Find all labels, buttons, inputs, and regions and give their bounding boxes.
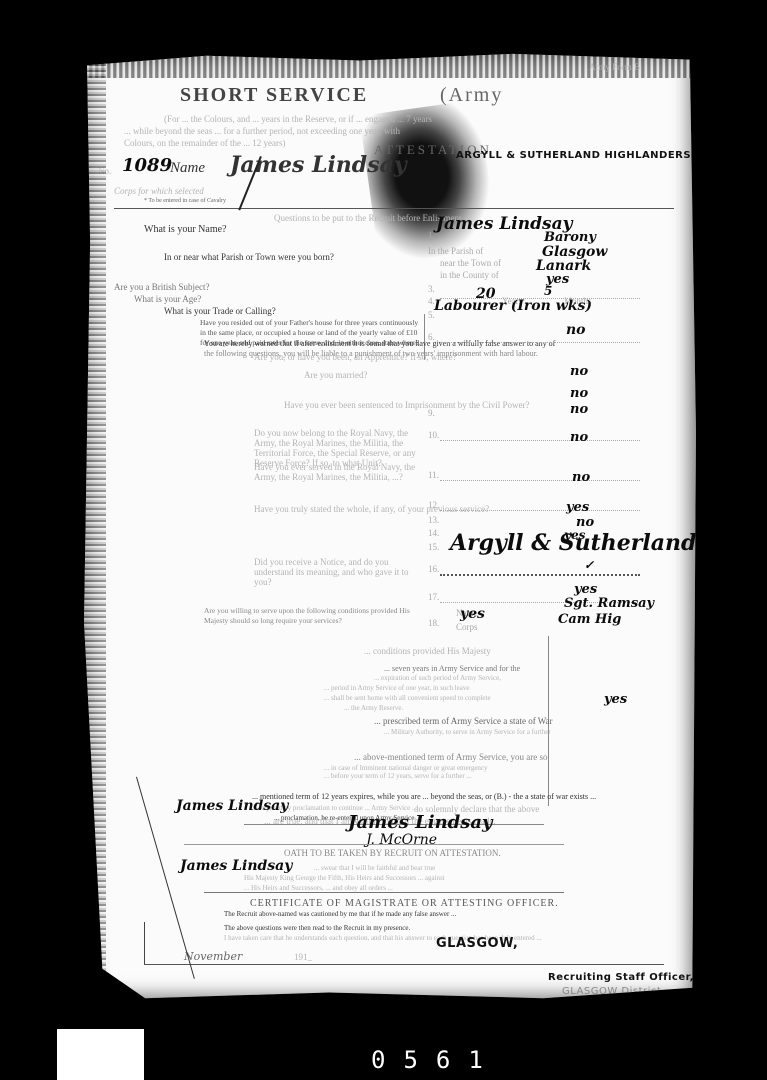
answer-q18: yes xyxy=(460,606,485,622)
witness-signature: J. McOrne xyxy=(366,832,437,848)
regiment-stamp: ARGYLL & SUTHERLAND HIGHLANDERS xyxy=(456,150,691,161)
answer-conditions: yes xyxy=(604,692,627,707)
number-label: No. xyxy=(98,166,111,176)
answer-q8: no xyxy=(570,386,588,401)
oath-text-1: ... swear that I will be faithful and be… xyxy=(314,864,435,872)
declaration-name: James Lindsay xyxy=(176,798,288,814)
answer-q6: no xyxy=(566,322,586,338)
microfilm-marker xyxy=(57,1029,144,1080)
answer-q9: no xyxy=(570,402,588,417)
oath-text-2: His Majesty King George the Fifth, His H… xyxy=(244,874,445,882)
question-3: Are you a British Subject? xyxy=(114,282,209,292)
question-8: Are you married? xyxy=(304,370,367,380)
answer-recruiter-name: Sgt. Ramsay xyxy=(564,596,654,611)
answer-corps: Argyll & Sutherland xyxy=(450,530,696,556)
question-16: Did you receive a Notice, and do you und… xyxy=(254,557,424,587)
district-stamp: GLASGOW District. xyxy=(562,986,665,997)
oath-text-3: ... His Heirs and Successors, ... and ob… xyxy=(244,884,393,892)
question-1: What is your Name? xyxy=(144,224,226,235)
question-12: Have you truly stated the whole, if any,… xyxy=(254,504,489,514)
form-title-army: (Army xyxy=(440,84,503,107)
answer-q11: no xyxy=(572,470,590,485)
answer-q10: no xyxy=(570,430,588,445)
document-page: Army Form B. SHORT SERVICE (Army (For ..… xyxy=(84,52,696,1002)
form-subtitle-3: Colours, on the remainder of the ... 12 … xyxy=(124,138,285,148)
form-subtitle-2: ... while beyond the seas ... for a furt… xyxy=(124,126,400,136)
regimental-number: 1089 xyxy=(122,155,172,176)
answer-age-months: 5 xyxy=(544,284,552,298)
answer-q7: no xyxy=(570,364,588,379)
oath-heading: OATH TO BE TAKEN BY RECRUIT ON ATTESTATI… xyxy=(284,848,501,858)
answer-q17: yes xyxy=(574,582,597,597)
certificate-heading: CERTIFICATE OF MAGISTRATE OR ATTESTING O… xyxy=(250,898,559,909)
answer-parish: Barony xyxy=(544,230,596,245)
army-form-label: Army Form B. xyxy=(589,62,642,72)
corps-note: * To be entered in case of Cavalry xyxy=(144,198,226,204)
question-5: What is your Trade or Calling? xyxy=(164,306,276,316)
certificate-year: 191_ xyxy=(294,952,312,962)
place-stamp: GLASGOW, xyxy=(436,936,518,951)
certificate-line-1: The Recruit above-named was cautioned by… xyxy=(224,910,456,918)
oath-name: James Lindsay xyxy=(180,858,292,874)
answer-q12: yes xyxy=(566,500,589,515)
microfilm-frame-number: 0561 xyxy=(371,1046,501,1074)
answer-trade: Labourer (Iron wks) xyxy=(434,298,592,314)
certificate-line-2: The above questions were then read to th… xyxy=(224,924,410,932)
answer-q16: ✓ xyxy=(584,558,594,572)
question-4: What is your Age? xyxy=(134,294,201,304)
form-title: SHORT SERVICE xyxy=(180,84,368,107)
recruit-signature: James Lindsay xyxy=(348,812,493,833)
certificate-date: November xyxy=(184,950,242,963)
corps-label: Corps for which selected xyxy=(114,186,204,196)
answer-recruiter-corps: Cam Hig xyxy=(558,612,621,627)
form-subtitle-1: (For ... the Colours, and ... years in t… xyxy=(164,114,432,124)
name-label: Name xyxy=(170,160,205,177)
question-9: Have you ever been sentenced to Imprison… xyxy=(284,400,529,410)
question-2: In or near what Parish or Town were you … xyxy=(164,252,334,262)
officer-stamp: Recruiting Staff Officer, xyxy=(548,972,694,983)
question-18: Are you willing to serve upon the follow… xyxy=(204,606,426,626)
question-11: Have you ever served in the Royal Navy, … xyxy=(254,462,424,482)
header-rule xyxy=(114,208,674,209)
